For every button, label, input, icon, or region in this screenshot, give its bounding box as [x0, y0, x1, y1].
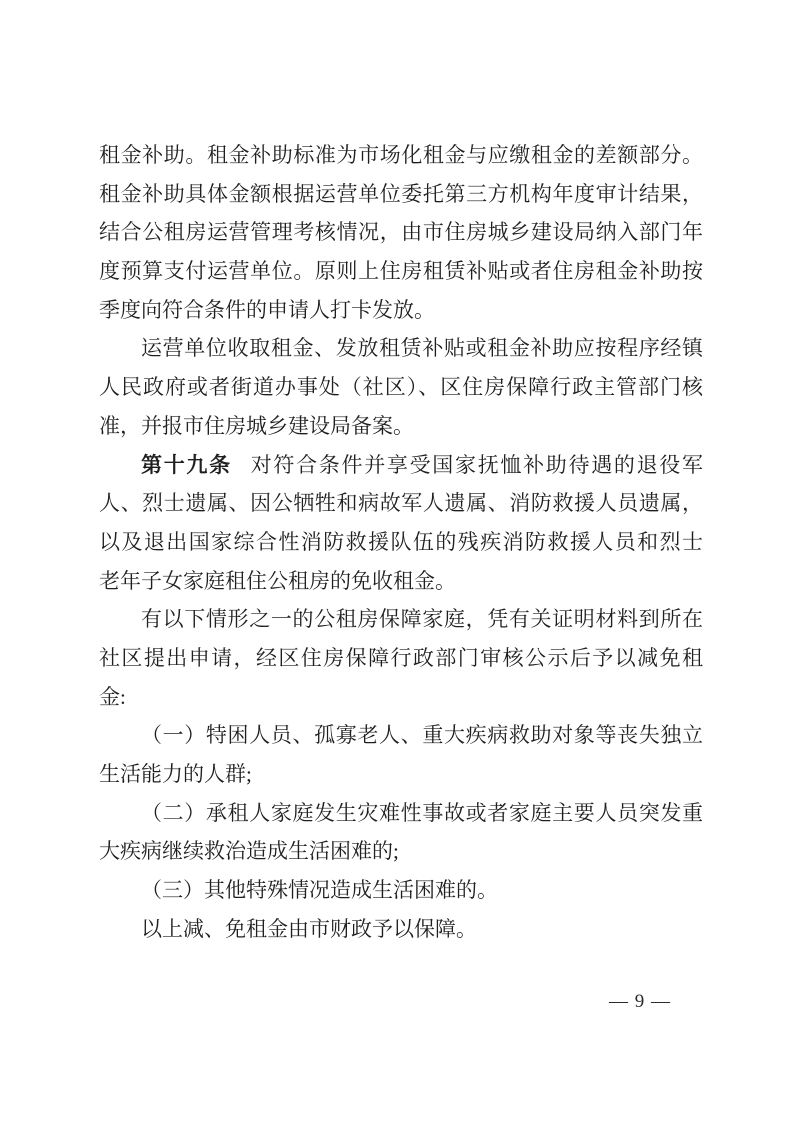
- text-line: 社区提出申请，经区住房保障行政部门审核公示后予以减免租: [99, 639, 703, 678]
- article-text: 对符合条件并享受国家抚恤补助待遇的退役军: [251, 453, 703, 477]
- text-line: 有以下情形之一的公租房保障家庭，凭有关证明材料到所在: [99, 600, 703, 639]
- document-page: 租金补助。租金补助标准为市场化租金与应缴租金的差额部分。 租金补助具体金额根据运…: [0, 0, 793, 1122]
- text-line: 运营单位收取租金、发放租赁补贴或租金补助应按程序经镇: [99, 329, 703, 368]
- text-line: 生活能力的人群;: [99, 755, 703, 794]
- text-line: （一）特困人员、孤寡老人、重大疾病救助对象等丧失独立: [99, 716, 703, 755]
- text-line: （二）承租人家庭发生灾难性事故或者家庭主要人员突发重: [99, 794, 703, 833]
- text-line: 度预算支付运营单位。原则上住房租赁补贴或者住房租金补助按: [99, 252, 703, 291]
- text-line: （三）其他特殊情况造成生活困难的。: [99, 871, 703, 910]
- text-line: 季度向符合条件的申请人打卡发放。: [99, 291, 703, 330]
- page-number: — 9 —: [598, 991, 682, 1013]
- text-line: 人、烈士遗属、因公牺牲和病故军人遗属、消防救援人员遗属，: [99, 484, 703, 523]
- text-line: 结合公租房运营管理考核情况，由市住房城乡建设局纳入部门年: [99, 213, 703, 252]
- text-line: 金:: [99, 678, 703, 717]
- text-line: 以上减、免租金由市财政予以保障。: [99, 910, 703, 949]
- text-line: 第十九条对符合条件并享受国家抚恤补助待遇的退役军: [99, 446, 703, 485]
- text-line: 老年子女家庭租住公租房的免收租金。: [99, 562, 703, 601]
- text-line: 准，并报市住房城乡建设局备案。: [99, 407, 703, 446]
- text-line: 以及退出国家综合性消防救援队伍的残疾消防救援人员和烈士: [99, 523, 703, 562]
- text-line: 租金补助具体金额根据运营单位委托第三方机构年度审计结果，: [99, 175, 703, 214]
- text-line: 大疾病继续救治造成生活困难的;: [99, 832, 703, 871]
- text-line: 租金补助。租金补助标准为市场化租金与应缴租金的差额部分。: [99, 136, 703, 175]
- text-line: 人民政府或者街道办事处（社区）、区住房保障行政主管部门核: [99, 368, 703, 407]
- article-number: 第十九条: [141, 453, 232, 477]
- document-body: 租金补助。租金补助标准为市场化租金与应缴租金的差额部分。 租金补助具体金额根据运…: [99, 136, 703, 948]
